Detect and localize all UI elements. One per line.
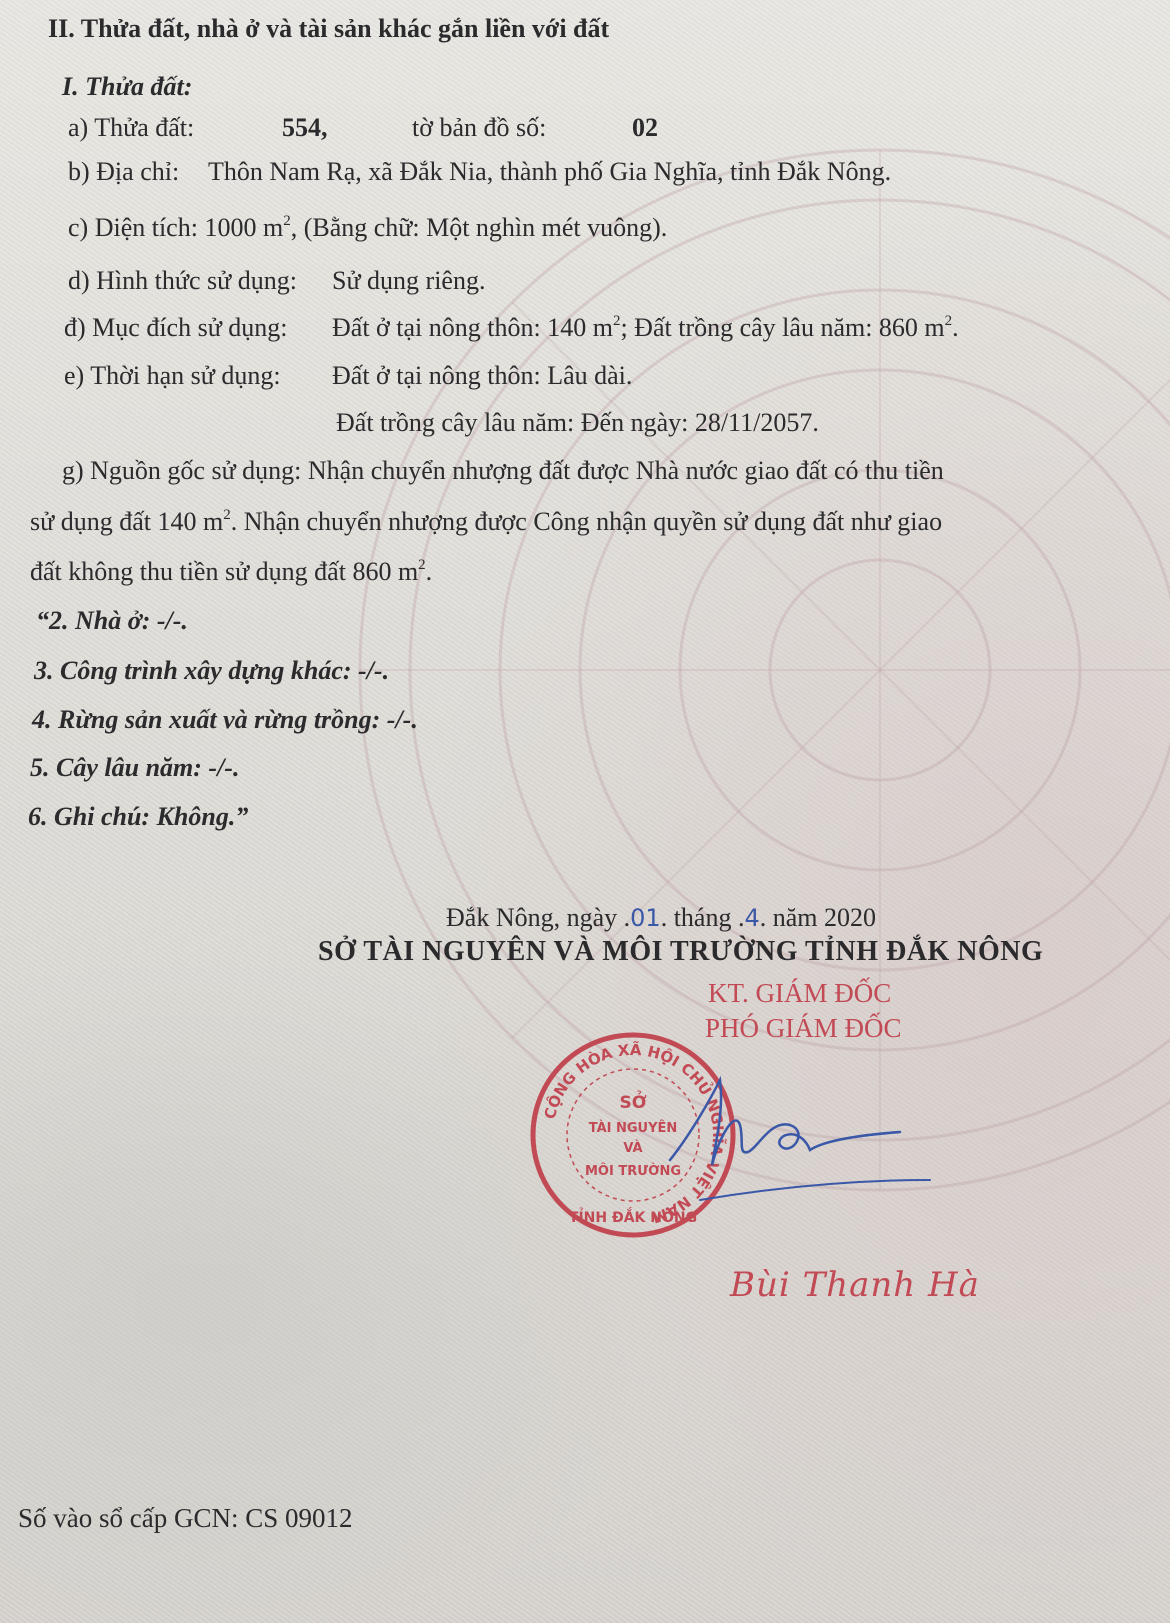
purpose-end: . (952, 313, 959, 342)
item-other-construction: 3. Công trình xây dựng khác: -/-. (34, 656, 389, 686)
superscript: 2 (418, 557, 426, 573)
purpose-perennial: ; Đất trồng cây lâu năm: 860 m (620, 313, 944, 342)
term-perennial: Đất trồng cây lâu năm: Đến ngày: 28/11/2… (336, 408, 819, 438)
address-value: Thôn Nam Rạ, xã Đắk Nia, thành phố Gia N… (208, 157, 891, 187)
area-words: , (Bằng chữ: Một nghìn mét vuông). (291, 213, 668, 242)
place-date: Đắk Nông, ngày .01. tháng .4. năm 2020 (446, 903, 876, 933)
year-text: . năm 2020 (760, 903, 876, 932)
handwritten-day: 01 (630, 904, 661, 932)
usage-form-value: Sử dụng riêng. (332, 266, 485, 296)
area-line: c) Diện tích: 1000 m2, (Bằng chữ: Một ng… (68, 213, 667, 243)
section-title: II. Thửa đất, nhà ở và tài sản khác gắn … (48, 14, 609, 44)
month-prefix: . tháng . (661, 903, 745, 932)
origin-area-140: sử dụng đất 140 m (30, 507, 223, 536)
item-house: “2. Nhà ở: -/-. (36, 606, 188, 636)
land-parcel-heading: I. Thửa đất: (62, 72, 192, 102)
item-notes: 6. Ghi chú: Không.” (28, 802, 248, 832)
origin-line-3: đất không thu tiền sử dụng đất 860 m2. (30, 557, 432, 587)
area-label: c) Diện tích: 1000 m (68, 213, 283, 242)
item-forest: 4. Rừng sản xuất và rừng trồng: -/-. (32, 705, 418, 735)
superscript: 2 (223, 507, 231, 523)
place-date-prefix: Đắk Nông, ngày . (446, 903, 630, 932)
handwritten-month: 4 (744, 904, 759, 932)
origin-line-1: g) Nguồn gốc sử dụng: Nhận chuyển nhượng… (62, 456, 944, 486)
parcel-number: 554, (282, 113, 328, 143)
map-sheet-label: tờ bản đồ số: (412, 113, 546, 143)
parcel-label: a) Thửa đất: (68, 113, 194, 143)
origin-end: . (426, 557, 433, 586)
origin-area-860: đất không thu tiền sử dụng đất 860 m (30, 557, 418, 586)
signer-name: Bùi Thanh Hà (730, 1265, 980, 1305)
signer-title-1: KT. GIÁM ĐỐC (708, 978, 891, 1008)
address-label: b) Địa chỉ: (68, 157, 179, 187)
map-sheet-number: 02 (632, 113, 658, 143)
registry-number: Số vào sổ cấp GCN: CS 09012 (18, 1503, 353, 1533)
item-perennial-trees: 5. Cây lâu năm: -/-. (30, 753, 239, 783)
usage-form-label: d) Hình thức sử dụng: (68, 266, 297, 296)
purpose-residential: Đất ở tại nông thôn: 140 m (332, 313, 613, 342)
origin-transfer: . Nhận chuyển nhượng được Công nhận quyề… (231, 507, 942, 536)
purpose-value: Đất ở tại nông thôn: 140 m2; Đất trồng c… (332, 313, 959, 343)
origin-line-2: sử dụng đất 140 m2. Nhận chuyển nhượng đ… (30, 507, 942, 537)
purpose-label: đ) Mục đích sử dụng: (64, 313, 288, 343)
superscript: 2 (283, 213, 291, 229)
signature-icon (640, 1040, 940, 1220)
term-residential: Đất ở tại nông thôn: Lâu dài. (332, 361, 632, 391)
issuing-authority: SỞ TÀI NGUYÊN VÀ MÔI TRƯỜNG TỈNH ĐẮK NÔN… (318, 937, 1043, 967)
term-label: e) Thời hạn sử dụng: (64, 361, 281, 391)
